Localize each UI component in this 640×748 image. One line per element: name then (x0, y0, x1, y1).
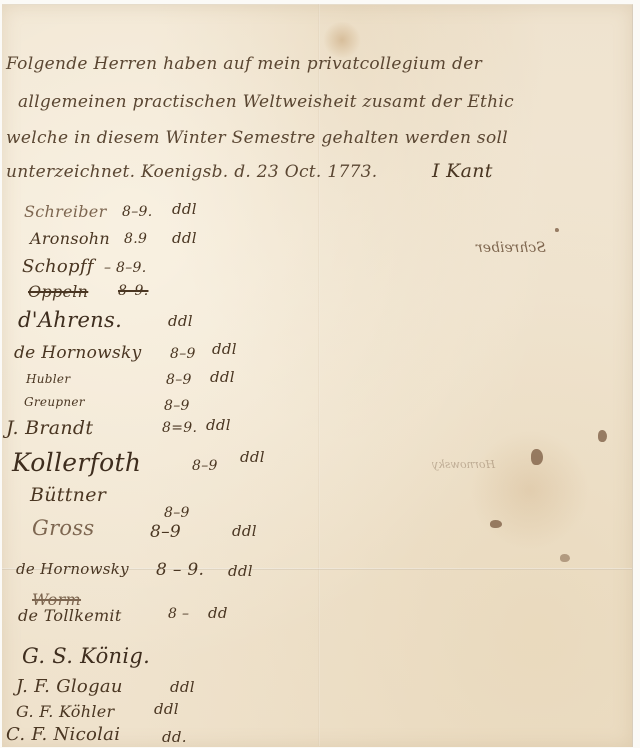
header-line-1: Folgende Herren haben auf mein privatcol… (6, 54, 482, 74)
ink-blot (560, 554, 570, 562)
attendee-name: de Hornowsky (16, 560, 129, 578)
attendee-mark: ddl (228, 562, 253, 580)
attendee-mark: ddl (210, 368, 235, 386)
attendee-hours: 8–9. (122, 204, 152, 220)
header-line-4: unterzeichnet. Koenigsb. d. 23 Oct. 1773… (6, 162, 378, 182)
attendee-name: J. Brandt (6, 417, 93, 439)
attendee-hours: – 8–9. (104, 260, 147, 276)
attendee-hours: 8–9. (118, 283, 148, 299)
attendee-name: Gross (32, 516, 95, 540)
attendee-mark: ddl (170, 678, 195, 696)
attendee-hours: 8 – (168, 606, 189, 622)
attendee-mark: ddl (172, 229, 197, 247)
attendee-name: Hubler (26, 372, 70, 386)
attendee-name-struck: Oppeln (28, 282, 88, 301)
header-line-2: allgemeinen practischen Weltweisheit zus… (18, 92, 514, 112)
attendee-name: Büttner (30, 484, 106, 506)
attendee-hours: 8 – 9. (156, 560, 204, 580)
attendee-name: Greupner (24, 395, 85, 409)
attendee-hours: 8–9 (192, 458, 218, 474)
attendee-mark: ddl (168, 312, 193, 330)
attendee-name: Aronsohn (30, 229, 110, 248)
attendee-name: G. S. König. (22, 644, 150, 668)
attendee-hours: 8–9 (166, 372, 192, 388)
attendee-name: G. F. Köhler (16, 702, 114, 721)
attendee-name: d'Ahrens. (18, 308, 122, 332)
attendee-name: Kollerfoth (12, 448, 141, 477)
attendee-name: de Tollkemit (18, 606, 122, 625)
attendee-name: J. F. Glogau (16, 676, 123, 697)
attendee-mark: ddl (232, 522, 257, 540)
ink-blot (531, 449, 543, 465)
bleed-through-text: Hornowsky (432, 458, 495, 471)
attendee-hours: 8–9 (170, 346, 196, 362)
attendee-mark: dd (208, 604, 228, 622)
attendee-name: C. F. Nicolai (6, 724, 120, 745)
attendee-mark: ddl (206, 416, 231, 434)
attendee-mark: dd. (162, 728, 187, 746)
attendee-hours: 8=9. (162, 420, 197, 436)
attendee-mark: ddl (240, 448, 265, 466)
attendee-name: Schreiber (24, 202, 107, 221)
attendee-hours: 8–9 (150, 522, 181, 542)
attendee-mark: ddl (212, 340, 237, 358)
lower-right-stain (470, 430, 590, 550)
top-stain (322, 22, 362, 58)
ink-dot (555, 228, 559, 232)
attendee-hours: 8.9 (124, 231, 147, 247)
attendee-mark: ddl (154, 700, 179, 718)
attendee-hours: 8–9 (164, 505, 190, 521)
ink-blot (598, 430, 607, 442)
ink-blot (490, 520, 502, 528)
bleed-through-text: Schreiber (476, 240, 546, 256)
vertical-fold-line (318, 4, 320, 746)
attendee-name: de Hornowsky (14, 343, 142, 363)
attendee-name: Schopff (22, 256, 94, 277)
signature: I Kant (432, 160, 493, 182)
attendee-hours: 8–9 (164, 398, 190, 414)
attendee-mark: ddl (172, 200, 197, 218)
header-line-3: welche in diesem Winter Semestre gehalte… (6, 128, 508, 148)
